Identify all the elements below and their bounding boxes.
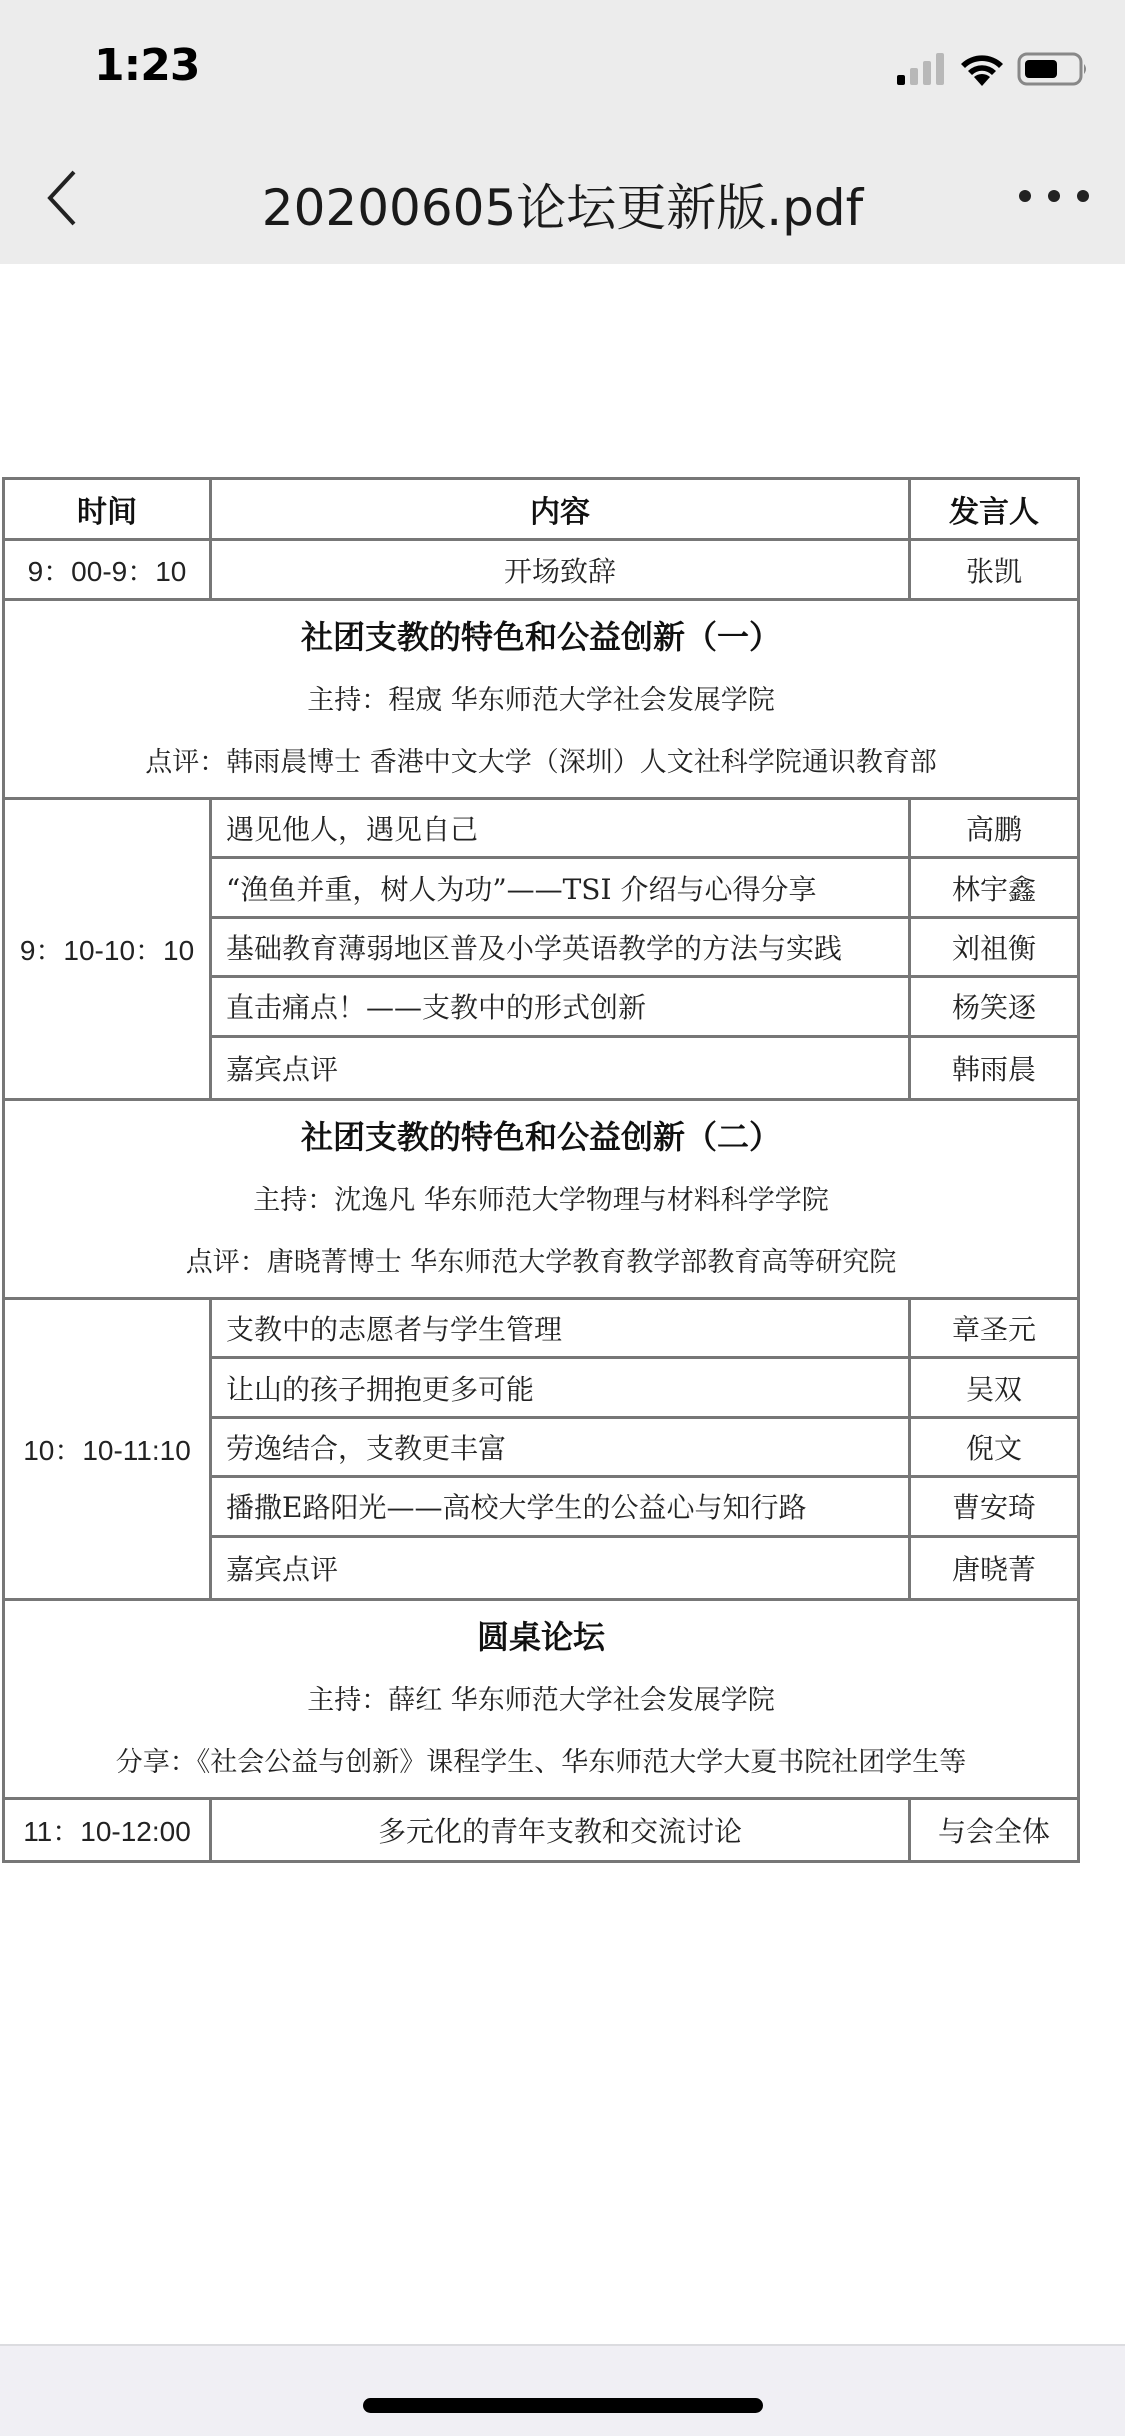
cell-content: 嘉宾点评 xyxy=(212,1038,911,1098)
cell-time: 9：00-9：10 xyxy=(5,541,212,598)
section-header: 社团支教的特色和公益创新（二） 主持：沈逸凡 华东师范大学物理与材料科学学院 点… xyxy=(5,1101,1077,1300)
cell-time: 10：10-11:10 xyxy=(5,1300,212,1598)
section-host: 主持：沈逸凡 华东师范大学物理与材料科学学院 xyxy=(253,1170,829,1232)
document-title: 20200605论坛更新版.pdf xyxy=(0,168,1125,240)
battery-icon xyxy=(1017,52,1089,86)
cell-content: 劳逸结合，支教更丰富 xyxy=(212,1419,911,1475)
table-row: 劳逸结合，支教更丰富倪文 xyxy=(212,1419,1077,1478)
cell-content: 遇见他人，遇见自己 xyxy=(212,800,911,856)
table-row: “渔鱼并重，树人为功”——TSI 介绍与心得分享林宇鑫 xyxy=(212,859,1077,918)
header-content: 内容 xyxy=(212,480,911,538)
cell-content: 让山的孩子拥抱更多可能 xyxy=(212,1359,911,1415)
table-row: 播撒E路阳光——高校大学生的公益心与知行路曹安琦 xyxy=(212,1478,1077,1537)
cell-content: 多元化的青年支教和交流讨论 xyxy=(212,1800,911,1860)
table-row: 遇见他人，遇见自己高鹏 xyxy=(212,800,1077,859)
session-block: 10：10-11:10 支教中的志愿者与学生管理章圣元 让山的孩子拥抱更多可能吴… xyxy=(5,1300,1077,1601)
cell-speaker: 韩雨晨 xyxy=(911,1038,1077,1098)
table-row: 让山的孩子拥抱更多可能吴双 xyxy=(212,1359,1077,1418)
pdf-page[interactable]: 时间 内容 发言人 9：00-9：10 开场致辞 张凯 社团支教的特色和公益创新… xyxy=(0,264,1125,2344)
cell-time: 11：10-12:00 xyxy=(5,1800,212,1860)
section-share: 分享：《社会公益与创新》课程学生、华东师范大学大夏书院社团学生等 xyxy=(116,1732,967,1794)
session-block: 9：10-10：10 遇见他人，遇见自己高鹏 “渔鱼并重，树人为功”——TSI … xyxy=(5,800,1077,1101)
section-title: 社团支教的特色和公益创新（二） xyxy=(301,1104,781,1170)
section-title: 圆桌论坛 xyxy=(477,1604,605,1670)
cell-speaker: 与会全体 xyxy=(911,1800,1077,1860)
bottom-bar xyxy=(0,2344,1125,2436)
table-row: 9：00-9：10 开场致辞 张凯 xyxy=(5,541,1077,601)
table-row: 11：10-12:00 多元化的青年支教和交流讨论 与会全体 xyxy=(5,1800,1077,1860)
cell-speaker: 高鹏 xyxy=(911,800,1077,856)
status-time: 1:23 xyxy=(94,40,199,91)
cell-speaker: 林宇鑫 xyxy=(911,859,1077,915)
cell-content: 基础教育薄弱地区普及小学英语教学的方法与实践 xyxy=(212,919,911,975)
cell-content: “渔鱼并重，树人为功”——TSI 介绍与心得分享 xyxy=(212,859,911,915)
cell-content: 播撒E路阳光——高校大学生的公益心与知行路 xyxy=(212,1478,911,1534)
signal-icon xyxy=(897,53,947,85)
header-time: 时间 xyxy=(5,480,212,538)
table-header: 时间 内容 发言人 xyxy=(5,480,1077,541)
section-reviewer: 点评：韩雨晨博士 香港中文大学（深圳）人文社科学院通识教育部 xyxy=(145,732,937,794)
section-host: 主持：薛红 华东师范大学社会发展学院 xyxy=(307,1670,775,1732)
section-header: 社团支教的特色和公益创新（一） 主持：程宬 华东师范大学社会发展学院 点评：韩雨… xyxy=(5,601,1077,800)
table-row: 支教中的志愿者与学生管理章圣元 xyxy=(212,1300,1077,1359)
wifi-icon xyxy=(959,52,1005,86)
ellipsis-icon[interactable] xyxy=(1019,176,1089,216)
table-row: 基础教育薄弱地区普及小学英语教学的方法与实践刘祖衡 xyxy=(212,919,1077,978)
status-icons xyxy=(897,52,1089,86)
cell-content: 开场致辞 xyxy=(212,541,911,598)
cell-speaker: 章圣元 xyxy=(911,1300,1077,1356)
cell-speaker: 吴双 xyxy=(911,1359,1077,1415)
cell-time: 9：10-10：10 xyxy=(5,800,212,1098)
cell-content: 直击痛点！——支教中的形式创新 xyxy=(212,978,911,1034)
section-reviewer: 点评：唐晓菁博士 华东师范大学教育教学部教育高等研究院 xyxy=(186,1232,897,1294)
schedule-table: 时间 内容 发言人 9：00-9：10 开场致辞 张凯 社团支教的特色和公益创新… xyxy=(2,477,1080,1863)
cell-content: 嘉宾点评 xyxy=(212,1538,911,1598)
cell-speaker: 唐晓菁 xyxy=(911,1538,1077,1598)
cell-speaker: 曹安琦 xyxy=(911,1478,1077,1534)
table-row: 嘉宾点评韩雨晨 xyxy=(212,1038,1077,1098)
section-title: 社团支教的特色和公益创新（一） xyxy=(301,604,781,670)
roundtable-header: 圆桌论坛 主持：薛红 华东师范大学社会发展学院 分享：《社会公益与创新》课程学生… xyxy=(5,1601,1077,1800)
cell-speaker: 杨笑逐 xyxy=(911,978,1077,1034)
top-bar: 1:23 20200605论坛更新版.pdf xyxy=(0,0,1125,264)
home-indicator[interactable] xyxy=(363,2398,763,2413)
cell-speaker: 张凯 xyxy=(911,541,1077,598)
cell-content: 支教中的志愿者与学生管理 xyxy=(212,1300,911,1356)
section-host: 主持：程宬 华东师范大学社会发展学院 xyxy=(307,670,775,732)
header-speaker: 发言人 xyxy=(911,480,1077,538)
cell-speaker: 倪文 xyxy=(911,1419,1077,1475)
cell-speaker: 刘祖衡 xyxy=(911,919,1077,975)
table-row: 直击痛点！——支教中的形式创新杨笑逐 xyxy=(212,978,1077,1037)
table-row: 嘉宾点评唐晓菁 xyxy=(212,1538,1077,1598)
